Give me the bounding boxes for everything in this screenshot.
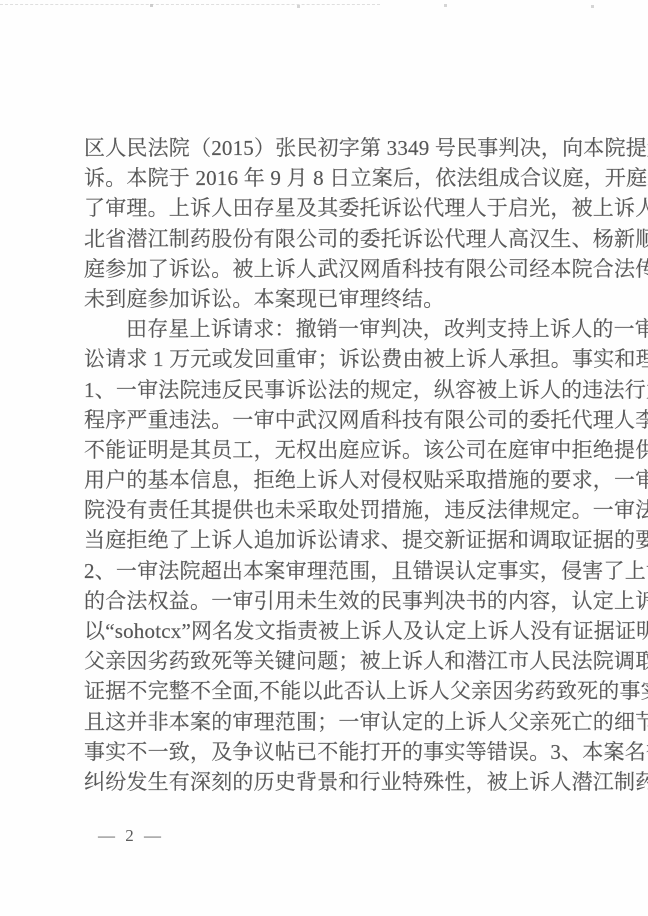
text-line: 事实不一致，及争议帖已不能打开的事实等错误。3、本案名誉权 — [84, 737, 576, 767]
judgment-body-text: 区人民法院（2015）张民初字第 3349 号民事判决，向本院提起上诉。本院于 … — [84, 133, 576, 797]
text-line: 且这并非本案的审理范围；一审认定的上诉人父亲死亡的细节与 — [84, 707, 576, 737]
text-line: 父亲因劣药致死等关键问题；被上诉人和潜江市人民法院调取的 — [84, 646, 576, 676]
text-line: 了审理。上诉人田存星及其委托诉讼代理人于启光，被上诉人湖 — [84, 193, 576, 223]
text-line: 院没有责任其提供也未采取处罚措施，违反法律规定。一审法院 — [84, 495, 576, 525]
text-line: 用户的基本信息，拒绝上诉人对侵权贴采取措施的要求，一审法 — [84, 465, 576, 495]
page-number: — 2 — — [98, 826, 164, 846]
text-line: 程序严重违法。一审中武汉网盾科技有限公司的委托代理人李赟 — [84, 405, 576, 435]
scan-artifact-specks — [150, 4, 153, 7]
text-line: 讼请求 1 万元或发回重审；诉讼费由被上诉人承担。事实和理由： — [84, 344, 576, 374]
text-line: 区人民法院（2015）张民初字第 3349 号民事判决，向本院提起上 — [84, 133, 576, 163]
text-line: 不能证明是其员工，无权出庭应诉。该公司在庭审中拒绝提供其 — [84, 435, 576, 465]
text-line: 当庭拒绝了上诉人追加诉讼请求、提交新证据和调取证据的要求。 — [84, 525, 576, 555]
text-line: 田存星上诉请求：撤销一审判决，改判支持上诉人的一审诉 — [84, 314, 576, 344]
text-line: 庭参加了诉讼。被上诉人武汉网盾科技有限公司经本院合法传唤， — [84, 254, 576, 284]
scan-artifact-line — [0, 4, 380, 5]
text-line: 2、一审法院超出本案审理范围，且错误认定事实，侵害了上诉人 — [84, 556, 576, 586]
scanned-judgment-page: 区人民法院（2015）张民初字第 3349 号民事判决，向本院提起上诉。本院于 … — [0, 0, 648, 916]
text-line: 1、一审法院违反民事诉讼法的规定，纵容被上诉人的违法行为， — [84, 375, 576, 405]
text-line: 北省潜江制药股份有限公司的委托诉讼代理人高汉生、杨新顺到 — [84, 224, 576, 254]
text-line: 的合法权益。一审引用未生效的民事判决书的内容，认定上诉人 — [84, 586, 576, 616]
text-line: 未到庭参加诉讼。本案现已审理终结。 — [84, 284, 576, 314]
text-line: 诉。本院于 2016 年 9 月 8 日立案后，依法组成合议庭，开庭进行 — [84, 163, 576, 193]
text-line: 证据不完整不全面,不能以此否认上诉人父亲因劣药致死的事实， — [84, 676, 576, 706]
text-line: 以“sohotcx”网名发文指责被上诉人及认定上诉人没有证据证明 — [84, 616, 576, 646]
text-line: 纠纷发生有深刻的历史背景和行业特殊性，被上诉人潜江制药常 — [84, 767, 576, 797]
